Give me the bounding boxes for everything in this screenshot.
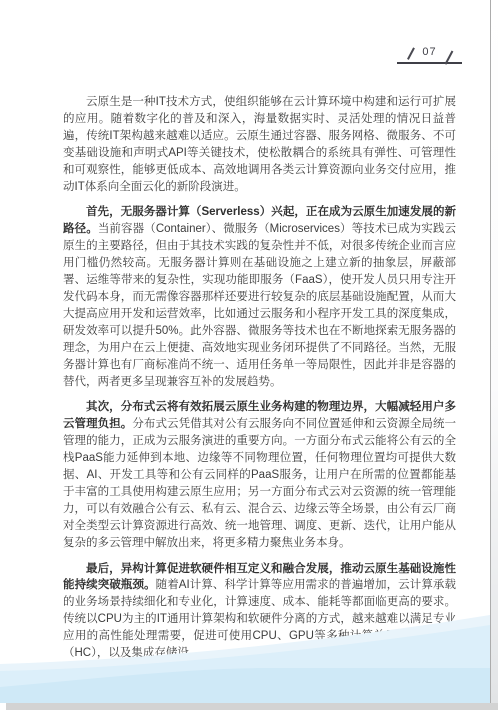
page-number-block: 07 <box>397 44 462 64</box>
document-viewer: 07 云原生是一种IT技术方式，使组织能够在云计算环境中构建和运行可扩展的应用。… <box>0 0 498 710</box>
page-edge-shadow-right <box>491 0 498 703</box>
paragraph-text: 当前容器（Container）、微服务（Microservices）等技术已成为… <box>63 223 456 387</box>
body-paragraph: 首先，无服务器计算（Serverless）兴起，正在成为云原生加速发展的新路径。… <box>63 204 456 390</box>
paragraph-text: 分布式云凭借其对公有云服务向不同位置延伸和云资源全局统一管理的能力，正成为云服务… <box>63 418 456 548</box>
body-paragraph: 其次，分布式云将有效拓展云原生业务构建的物理边界，大幅减轻用户多云管理负担。分布… <box>63 399 456 551</box>
body-paragraph: 云原生是一种IT技术方式，使组织能够在云计算环境中构建和运行可扩展的应用。随着数… <box>63 94 456 195</box>
document-body: 云原生是一种IT技术方式，使组织能够在云计算环境中构建和运行可扩展的应用。随着数… <box>63 94 456 662</box>
paragraph-text: 云原生是一种IT技术方式，使组织能够在云计算环境中构建和运行可扩展的应用。随着数… <box>63 96 456 193</box>
wave-decoration <box>0 613 490 703</box>
document-page: 07 云原生是一种IT技术方式，使组织能够在云计算环境中构建和运行可扩展的应用。… <box>0 0 491 703</box>
page-edge-shadow-bottom <box>6 703 498 710</box>
